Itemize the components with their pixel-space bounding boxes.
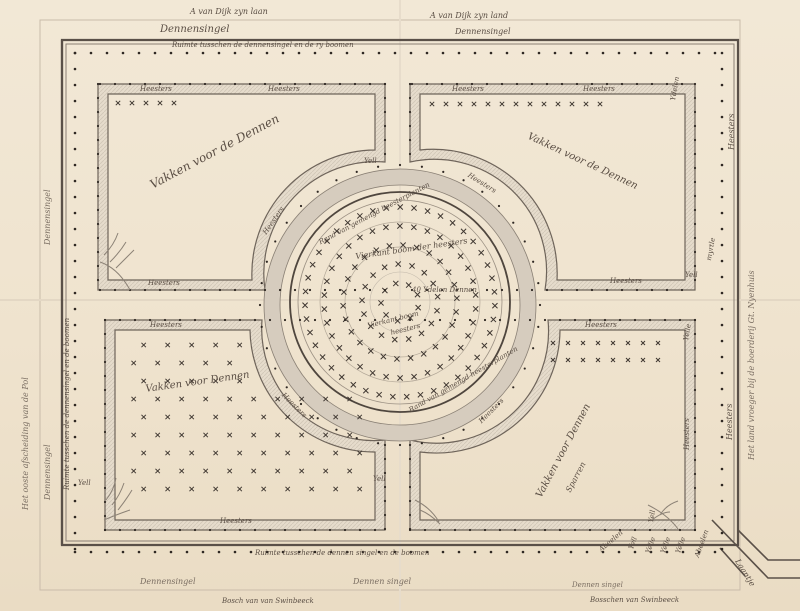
tr-border-top-b: Heesters bbox=[583, 86, 615, 93]
circle-tree-note: 40 Ydelen Dennen bbox=[412, 287, 477, 294]
top-right-title: A van Dijk zyn land bbox=[430, 12, 508, 20]
left-singel-lower: Dennensingel bbox=[44, 444, 52, 500]
bottom-singel-right: Dennen singel bbox=[572, 582, 623, 589]
tree-dots bbox=[74, 52, 724, 554]
tl-border-top-a: Heesters bbox=[140, 86, 172, 93]
tr-corner-mark: Yell bbox=[685, 272, 698, 279]
right-outer-label: Het land vroeger bij de boerderij Gt. Ny… bbox=[748, 270, 756, 460]
bl-border-top: Heesters bbox=[150, 322, 182, 329]
tl-border-top-b: Heesters bbox=[268, 86, 300, 93]
bottom-singel-center: Dennen singel bbox=[353, 578, 411, 586]
bl-corner-mark: Yell bbox=[373, 476, 386, 483]
bl-border-bottom: Heesters bbox=[220, 518, 252, 525]
right-border-lower: Heesters bbox=[726, 404, 734, 440]
bottom-strip-label: Ruimte tusschen de dennen singel en de b… bbox=[255, 550, 429, 557]
left-outer-boundary-label: Het ooste afscheiding van de Pol bbox=[22, 377, 30, 510]
top-right-singel: Dennensingel bbox=[455, 28, 511, 36]
quadrant-borders bbox=[98, 84, 695, 530]
right-border-upper: Heesters bbox=[728, 114, 736, 150]
bottom-singel-left: Dennensingel bbox=[140, 578, 196, 586]
br-border-right: Heesters bbox=[684, 418, 691, 450]
top-left-title: A van Dijk zyn laan bbox=[190, 8, 268, 16]
br-border-top: Heesters bbox=[585, 322, 617, 329]
bottom-owner-left: Bosch van van Swinbeeck bbox=[222, 598, 314, 605]
left-strip-label: Ruimte tusschen de dennensingel en de bo… bbox=[64, 318, 71, 490]
top-left-singel: Dennensingel bbox=[160, 25, 229, 35]
tl-border-bottom: Heesters bbox=[148, 280, 180, 287]
bottom-owner-right: Bosschen van Swinbeeck bbox=[590, 597, 679, 604]
tr-border-top-a: Heesters bbox=[452, 86, 484, 93]
plan-drawing bbox=[0, 0, 800, 611]
left-tree-mark: Yell bbox=[78, 480, 91, 487]
plan-sheet: A van Dijk zyn laan A van Dijk zyn land … bbox=[0, 0, 800, 611]
tl-corner-mark: Yell bbox=[364, 158, 377, 165]
corner-lane bbox=[712, 520, 800, 578]
tr-border-bottom: Heesters bbox=[610, 278, 642, 285]
top-strip-label: Ruimte tusschen de dennensingel en de ry… bbox=[172, 42, 354, 49]
left-singel-upper: Dennensingel bbox=[44, 189, 52, 245]
